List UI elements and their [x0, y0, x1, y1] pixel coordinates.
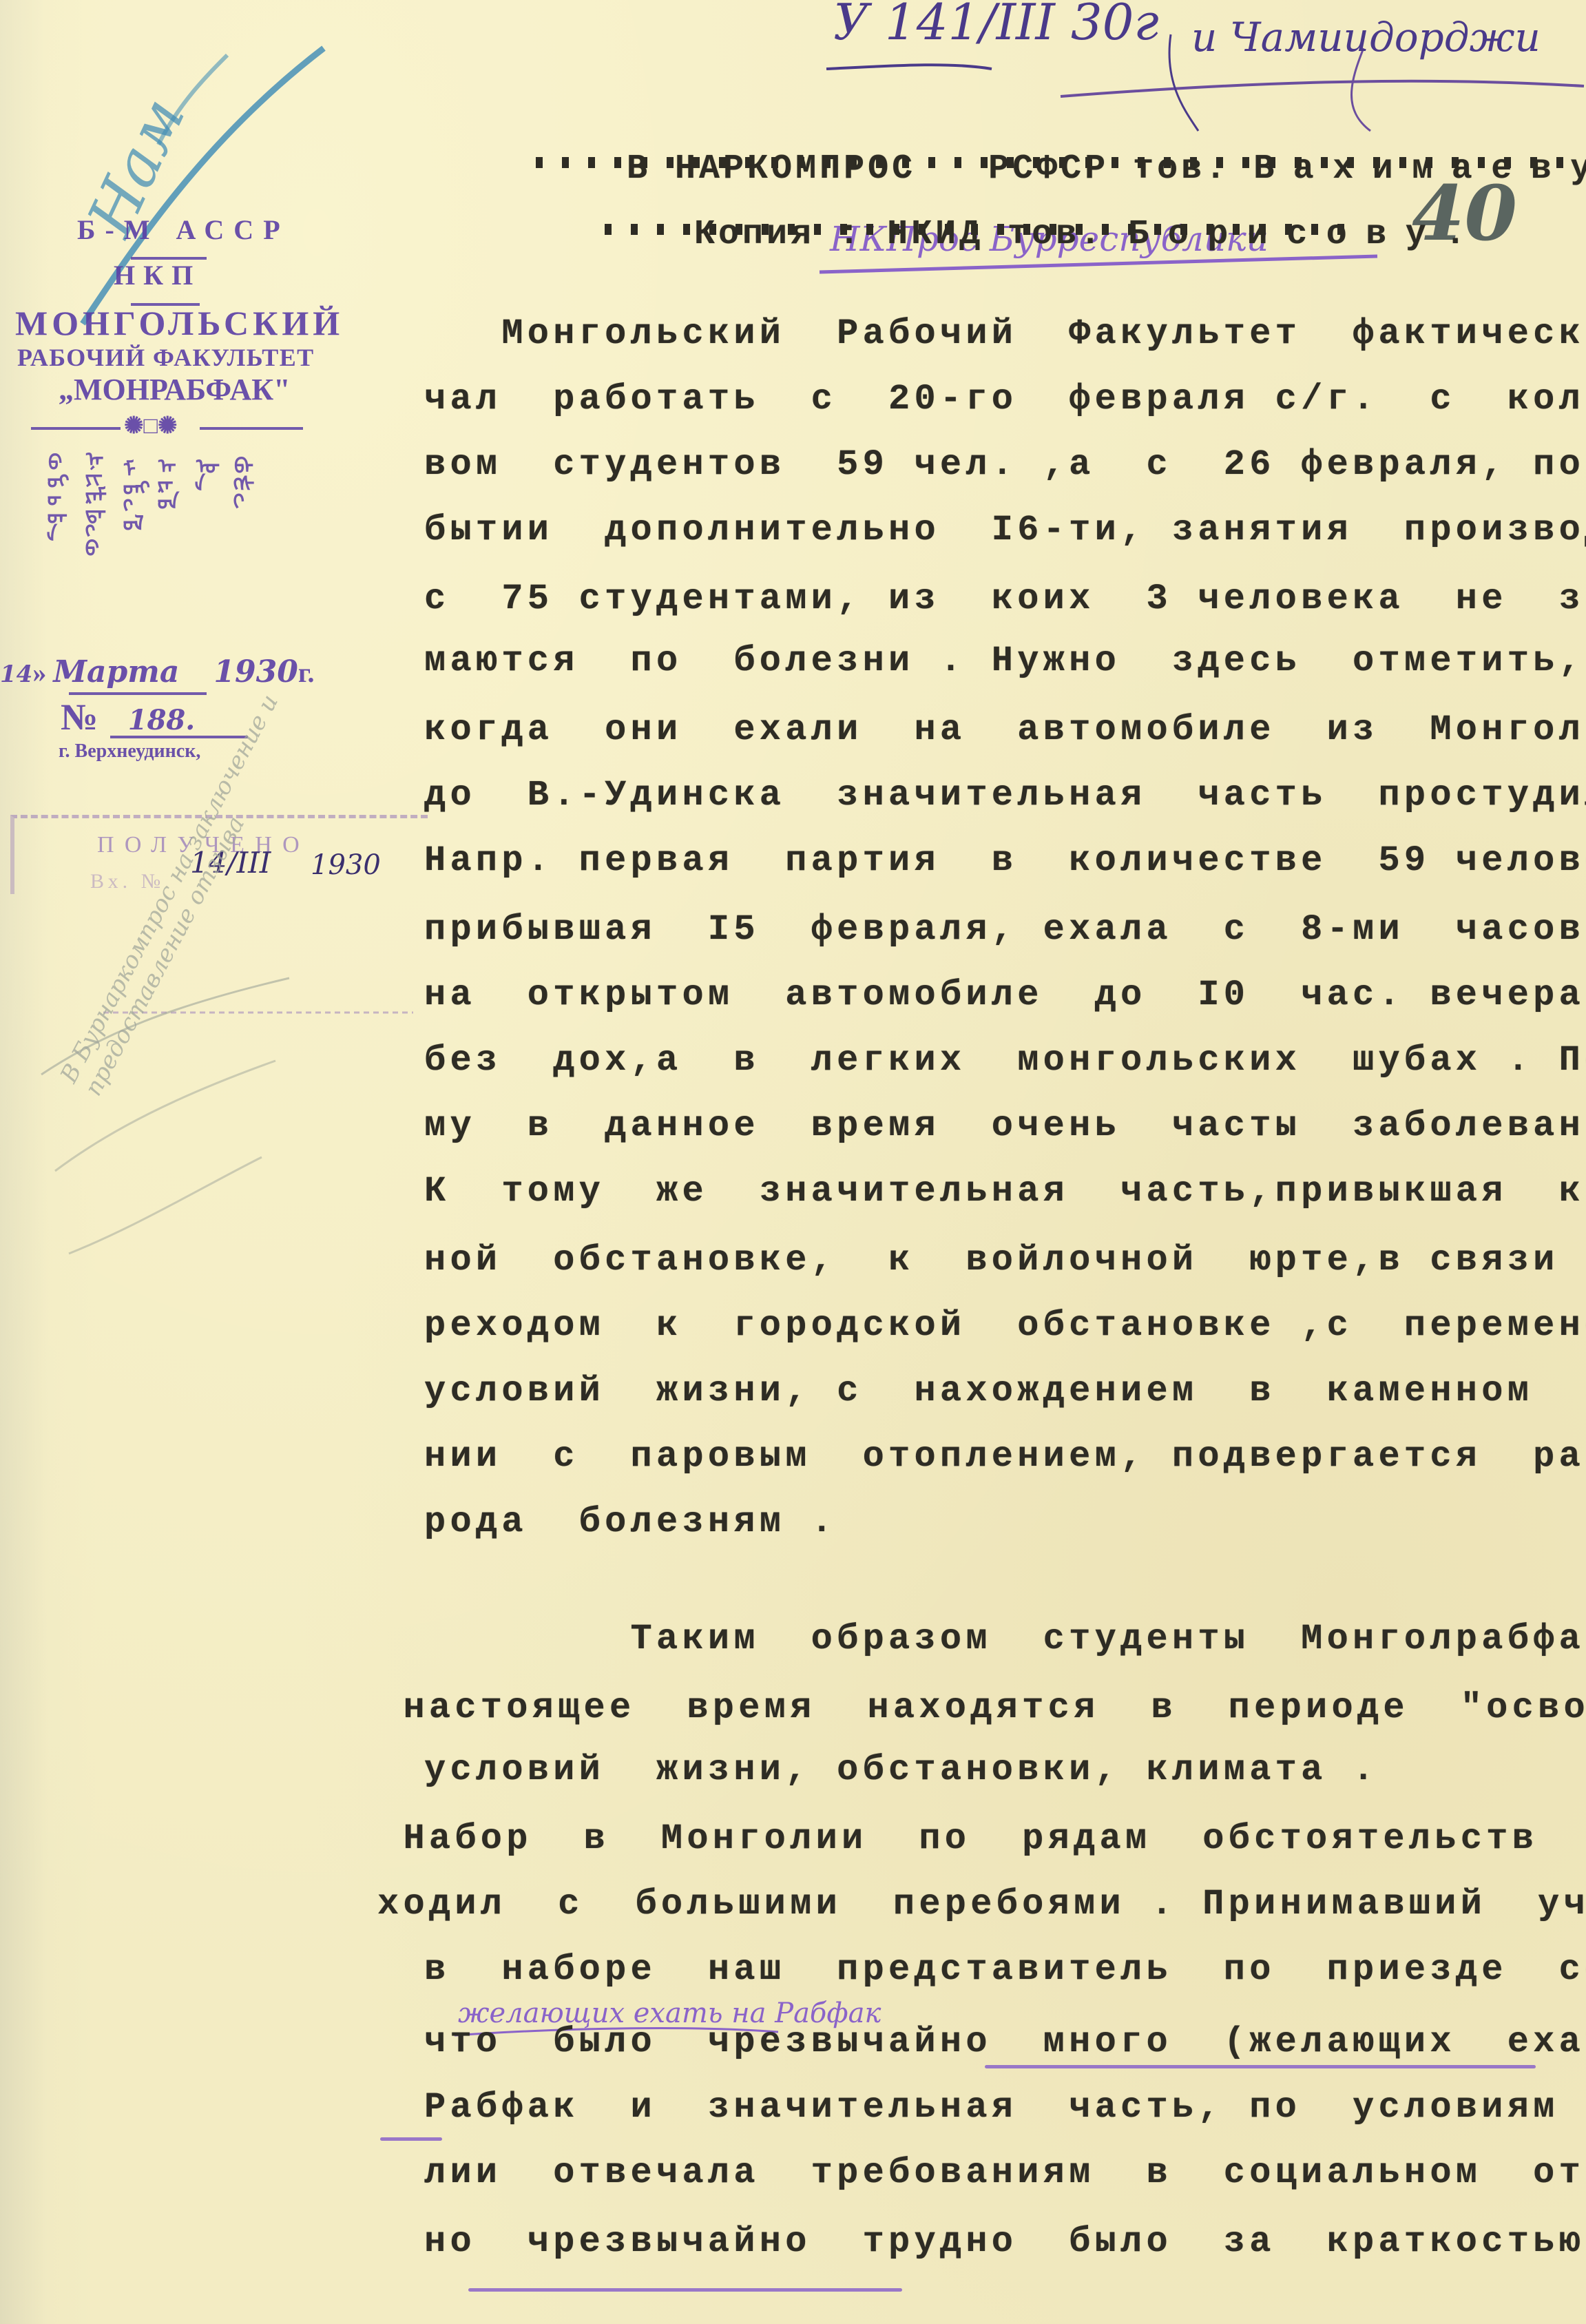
body-line: с 75 студентами, из коих 3 человека не з…: [424, 579, 1586, 619]
body-line: маются по болезни . Нужно здесь отметить…: [424, 641, 1586, 681]
stamp-mongolian-4: ᠠᠷᠠᠳ: [158, 458, 179, 512]
body-line: в наборе наш представитель по приезде со…: [424, 1949, 1586, 1990]
handwritten-reference: У 141/III 30г: [833, 0, 1159, 51]
stamp-line-3: МОНГОЛЬСКИЙ: [15, 303, 344, 343]
body-line: Набор в Монголии по рядам обстоятельств …: [377, 1818, 1586, 1859]
body-line: лии отвечала требованиям в социальном от…: [424, 2152, 1586, 2193]
body-line: до В.-Удинска значительная часть простуд…: [424, 775, 1586, 816]
stamp-number-value: 188.: [128, 704, 195, 736]
stamp-city: г. Верхнеудинск,: [59, 740, 200, 762]
stamp-rule: [69, 692, 207, 695]
body-line: на открытом автомобиле до I0 час. вечера…: [424, 975, 1586, 1015]
body-line: К тому же значительная часть,привыкшая к…: [424, 1171, 1586, 1212]
handwritten-insertion: желающих ехать на Рабфак: [458, 1998, 881, 2029]
stamp-mongolian-3: ᠮᠣᠩᠭᠣᠯ: [124, 461, 145, 533]
stamp-mongolian-6: ᠪᠠᠭᠰᠢ: [234, 458, 255, 512]
copy-underline-dots: [605, 224, 1348, 235]
copy-end: .: [1445, 215, 1469, 254]
body-line: рода болезням .: [424, 1502, 837, 1542]
body-line: му в данное время очень часты заболевани…: [424, 1106, 1586, 1146]
stamp-date-day: 14: [0, 661, 32, 688]
body-line: но чрезвычайно трудно было за краткостью…: [424, 2221, 1586, 2262]
stamp-mongolian-1: ᠪᠦᠭᠦᠳᠡ: [48, 455, 69, 544]
stamp-number-label: №: [61, 696, 98, 738]
body-line: ходил с большими перебоями . Принимавший…: [377, 1884, 1586, 1924]
received-year: 1930: [311, 849, 381, 881]
stamp-line-5: „МОНРАБФАК": [59, 372, 291, 407]
body-line: без дох,а в легких монгольских шубах . П…: [424, 1040, 1586, 1081]
body-line: условий жизни, обстановки, климата .: [424, 1750, 1378, 1790]
stamp-mongolian-2: ᠨᠠᠶᠢᠷᠠᠮᠳᠠᠬᠤ: [86, 451, 107, 559]
body-line: настоящее время находятся в периоде "осв…: [377, 1688, 1586, 1728]
body-line: прибывшая I5 февраля, ехала с 8-ми часов…: [424, 909, 1586, 950]
body-line: чал работать с 20-го февраля с/г. с коли…: [424, 379, 1586, 419]
body-line: реходом к городской обстановке ,с переме…: [424, 1305, 1586, 1346]
stamp-number-row: № 188.: [61, 696, 195, 738]
body-line: когда они ехали на автомобиле из Монголи…: [424, 709, 1586, 750]
stamp-rule: [110, 736, 248, 738]
stamp-line-2: НКП: [114, 259, 201, 291]
stamp-line-1: Б-М АССР: [77, 214, 290, 246]
strikethrough: [380, 2137, 442, 2141]
body-line: ной обстановке, к войлочной юрте,в связи…: [424, 1240, 1586, 1280]
stamp-mongolian-5: ᠤᠨ: [196, 458, 217, 494]
handwritten-note: и Чамиидорджи: [1191, 14, 1541, 61]
body-line: нии с паровым отоплением, подвергается р…: [424, 1436, 1586, 1477]
body-line: вом студентов 59 чел. ,а с 26 февраля, п…: [424, 444, 1586, 485]
body-line: Таким образом студенты Монголрабфака в: [424, 1619, 1586, 1659]
document-page: У 141/III 30г и Чамиидорджи 40 НКПрос Бу…: [0, 0, 1586, 2324]
body-line: бытии дополнительно I6-ти, занятия произ…: [424, 510, 1586, 550]
strikethrough: [985, 2065, 1536, 2068]
body-line: условий жизни, с нахождением в каменном …: [424, 1371, 1586, 1411]
strikethrough: [468, 2288, 902, 2292]
stamp-rule: [31, 427, 121, 430]
stamp-emblem: ✺□✺: [124, 412, 178, 439]
body-line: Монгольский Рабочий Факультет фактически…: [424, 313, 1586, 354]
stamp-rule: [200, 427, 303, 430]
stamp-date-month: Марта: [53, 654, 179, 689]
body-line: Рабфак и значительная часть, по условиям…: [424, 2087, 1586, 2128]
body-line: Напр. первая партия в количестве 59 чело…: [424, 840, 1586, 881]
stamp-line-4: РАБОЧИЙ ФАКУЛЬТЕТ: [17, 343, 315, 372]
header-underline-dots: [536, 157, 1565, 168]
